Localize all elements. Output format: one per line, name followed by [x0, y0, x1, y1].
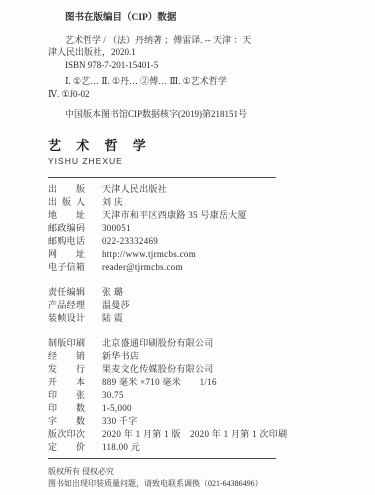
info-row-value: 30.75	[102, 389, 124, 402]
cip-header: 图书在版编目（CIP）数据	[48, 12, 375, 25]
info-row-value: 2020 年 1 月第 1 版 2020 年 1 月第 1 次印刷	[102, 428, 287, 441]
info-row-value: 陆 震	[102, 312, 123, 325]
copyright-notice-line2: 图书如出现印装质量问题，请致电联系调换（021-64386496）	[48, 478, 375, 491]
info-row-value: 温曼莎	[102, 299, 130, 312]
info-row-label: 地址	[48, 209, 85, 222]
info-row-value: 新华书店	[102, 350, 139, 363]
info-row-label: 开本	[48, 376, 85, 389]
info-row-label: 字数	[48, 415, 85, 428]
info-row: 定价 118.00 元	[48, 441, 375, 454]
cip-record-line2: 津人民出版社，2020.1	[48, 46, 375, 59]
cip-class-line1: Ⅰ. ①艺… Ⅱ. ①丹… ②傅… Ⅲ. ①艺术哲学	[48, 75, 375, 88]
book-title-cn: 艺 术 哲 学	[48, 135, 375, 154]
info-row-value: http://www.tjrmcbs.com	[102, 248, 196, 261]
book-title-pinyin: YISHU ZHEXUE	[48, 156, 375, 166]
info-row-value: 022-23332469	[102, 235, 158, 248]
copyright-notice: 版权所有 侵权必究 图书如出现印装质量问题，请致电联系调换（021-643864…	[48, 466, 375, 491]
info-row-value: 果麦文化传媒股份有限公司	[102, 363, 214, 376]
cip-record-line1: 艺术哲学 / （法）丹纳著 ；傅雷译. -- 天津 ：天	[48, 34, 375, 47]
info-row: 出版 天津人民出版社	[48, 183, 375, 196]
info-row: 装帧设计 陆 震	[48, 312, 375, 325]
info-row-label: 经销	[48, 350, 85, 363]
info-row-label: 电子信箱	[48, 261, 85, 274]
cip-registry-number: 中国版本图书馆CIP数据核字(2019)第218151号	[48, 108, 375, 121]
info-row: 版次印次 2020 年 1 月第 1 版 2020 年 1 月第 1 次印刷	[48, 428, 375, 441]
copyright-notice-line1: 版权所有 侵权必究	[48, 466, 375, 479]
info-row: 出版人 刘 庆	[48, 196, 375, 209]
info-row: 印张 30.75	[48, 389, 375, 402]
info-row: 字数 330 千字	[48, 415, 375, 428]
info-row-value: reader@tjrmcbs.com	[102, 261, 183, 274]
info-row-value: 889 毫米 ×710 毫米 1/16	[102, 376, 217, 389]
info-row: 经销 新华书店	[48, 350, 375, 363]
info-row: 开本 889 毫米 ×710 毫米 1/16	[48, 376, 375, 389]
copyright-page: 图书在版编目（CIP）数据 艺术哲学 / （法）丹纳著 ；傅雷译. -- 天津 …	[0, 0, 375, 495]
info-row-value: 刘 庆	[102, 196, 123, 209]
info-row-label: 出版	[48, 183, 85, 196]
info-row-label: 邮购电话	[48, 235, 85, 248]
info-row: 发行 果麦文化传媒股份有限公司	[48, 363, 375, 376]
publishing-info-section: 出版 天津人民出版社 出版人 刘 庆 地址 天津市和平区西康路 35 号康岳大厦…	[48, 183, 375, 274]
info-row-value: 330 千字	[102, 415, 138, 428]
info-row: 制版印刷 北京盛通印刷股份有限公司	[48, 337, 375, 350]
info-row-value: 天津人民出版社	[102, 183, 167, 196]
info-row: 印数 1-5,000	[48, 402, 375, 415]
info-row: 邮购电话 022-23332469	[48, 235, 375, 248]
isbn-line: ISBN 978-7-201-15401-5	[48, 59, 375, 72]
info-row-label: 邮政编码	[48, 222, 85, 235]
info-row-value: 张 璐	[102, 286, 123, 299]
info-row: 产品经理 温曼莎	[48, 299, 375, 312]
info-row-label: 版次印次	[48, 428, 85, 441]
info-row-label: 发行	[48, 363, 85, 376]
info-row-value: 1-5,000	[102, 402, 132, 415]
info-row-label: 定价	[48, 441, 85, 454]
staff-info-section: 责任编辑 张 璐 产品经理 温曼莎 装帧设计 陆 震	[48, 286, 375, 325]
cip-class-line2: Ⅳ. ①J0-02	[48, 88, 375, 101]
cip-block: 图书在版编目（CIP）数据 艺术哲学 / （法）丹纳著 ；傅雷译. -- 天津 …	[48, 12, 375, 121]
info-row-label: 制版印刷	[48, 337, 85, 350]
divider-top	[48, 177, 276, 178]
divider-bottom	[48, 458, 276, 459]
info-row-value: 天津市和平区西康路 35 号康岳大厦	[102, 209, 247, 222]
info-row-label: 装帧设计	[48, 312, 85, 325]
info-row: 责任编辑 张 璐	[48, 286, 375, 299]
info-row: 地址 天津市和平区西康路 35 号康岳大厦	[48, 209, 375, 222]
info-row-value: 118.00 元	[102, 441, 140, 454]
info-row-value: 300051	[102, 222, 131, 235]
info-row-label: 责任编辑	[48, 286, 85, 299]
info-row: 电子信箱 reader@tjrmcbs.com	[48, 261, 375, 274]
info-row-label: 产品经理	[48, 299, 85, 312]
info-row-label: 网址	[48, 248, 85, 261]
info-row-label: 印数	[48, 402, 85, 415]
info-row: 邮政编码 300051	[48, 222, 375, 235]
printing-info-section: 制版印刷 北京盛通印刷股份有限公司 经销 新华书店 发行 果麦文化传媒股份有限公…	[48, 337, 375, 454]
info-row: 网址 http://www.tjrmcbs.com	[48, 248, 375, 261]
info-row-value: 北京盛通印刷股份有限公司	[102, 337, 214, 350]
info-row-label: 出版人	[48, 196, 85, 209]
info-row-label: 印张	[48, 389, 85, 402]
